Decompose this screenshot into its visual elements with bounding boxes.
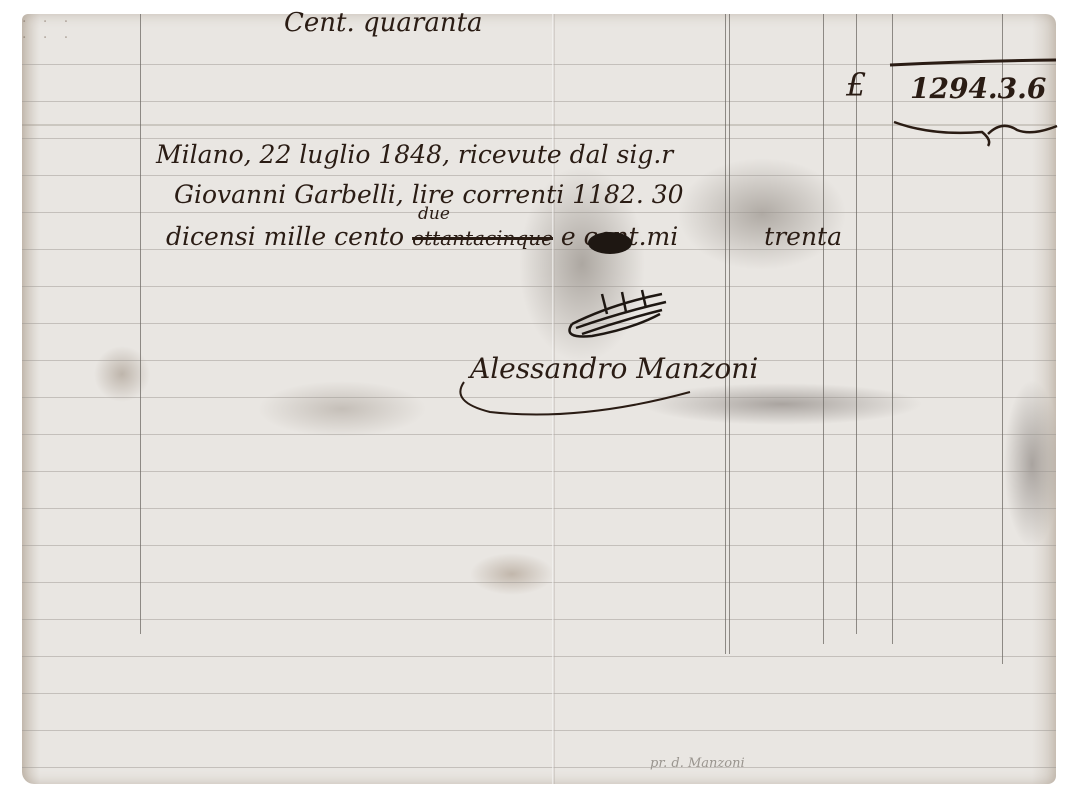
body-line-3: dicensi mille cento ottantacinque e cent…: [166, 222, 842, 251]
ink-blot: [588, 232, 632, 254]
scribble-mark: [562, 284, 672, 344]
amount-value: 1294.3.6: [910, 72, 1046, 105]
pound-sign: £: [846, 66, 866, 104]
pencil-note: pr. d. Manzoni: [650, 756, 745, 771]
inserted-word: due: [418, 204, 450, 224]
body-line-3-final: trenta: [764, 222, 842, 251]
receipt-paper: Cent. quaranta £ 1294.3.6 Milano, 22 lug…: [22, 14, 1056, 784]
amount-flourish: [892, 118, 1062, 148]
column-line: [1002, 14, 1003, 664]
body-line-1: Milano, 22 luglio 1848, ricevute dal sig…: [156, 140, 673, 169]
body-line-3-start: dicensi mille cento: [166, 222, 404, 251]
faded-mark: · · ·: [22, 14, 1056, 30]
header-fragment: Cent. quaranta: [284, 8, 483, 38]
signature-underline: [450, 374, 710, 424]
amount-overline: [888, 58, 1058, 68]
column-line: [892, 14, 893, 644]
struck-word: ottantacinque: [412, 226, 553, 250]
column-line: [729, 14, 730, 654]
column-line: [725, 14, 726, 654]
faded-mark: · · ·: [22, 30, 1056, 46]
margin-line: [140, 14, 141, 634]
column-line: [823, 14, 824, 644]
column-line: [856, 14, 857, 634]
